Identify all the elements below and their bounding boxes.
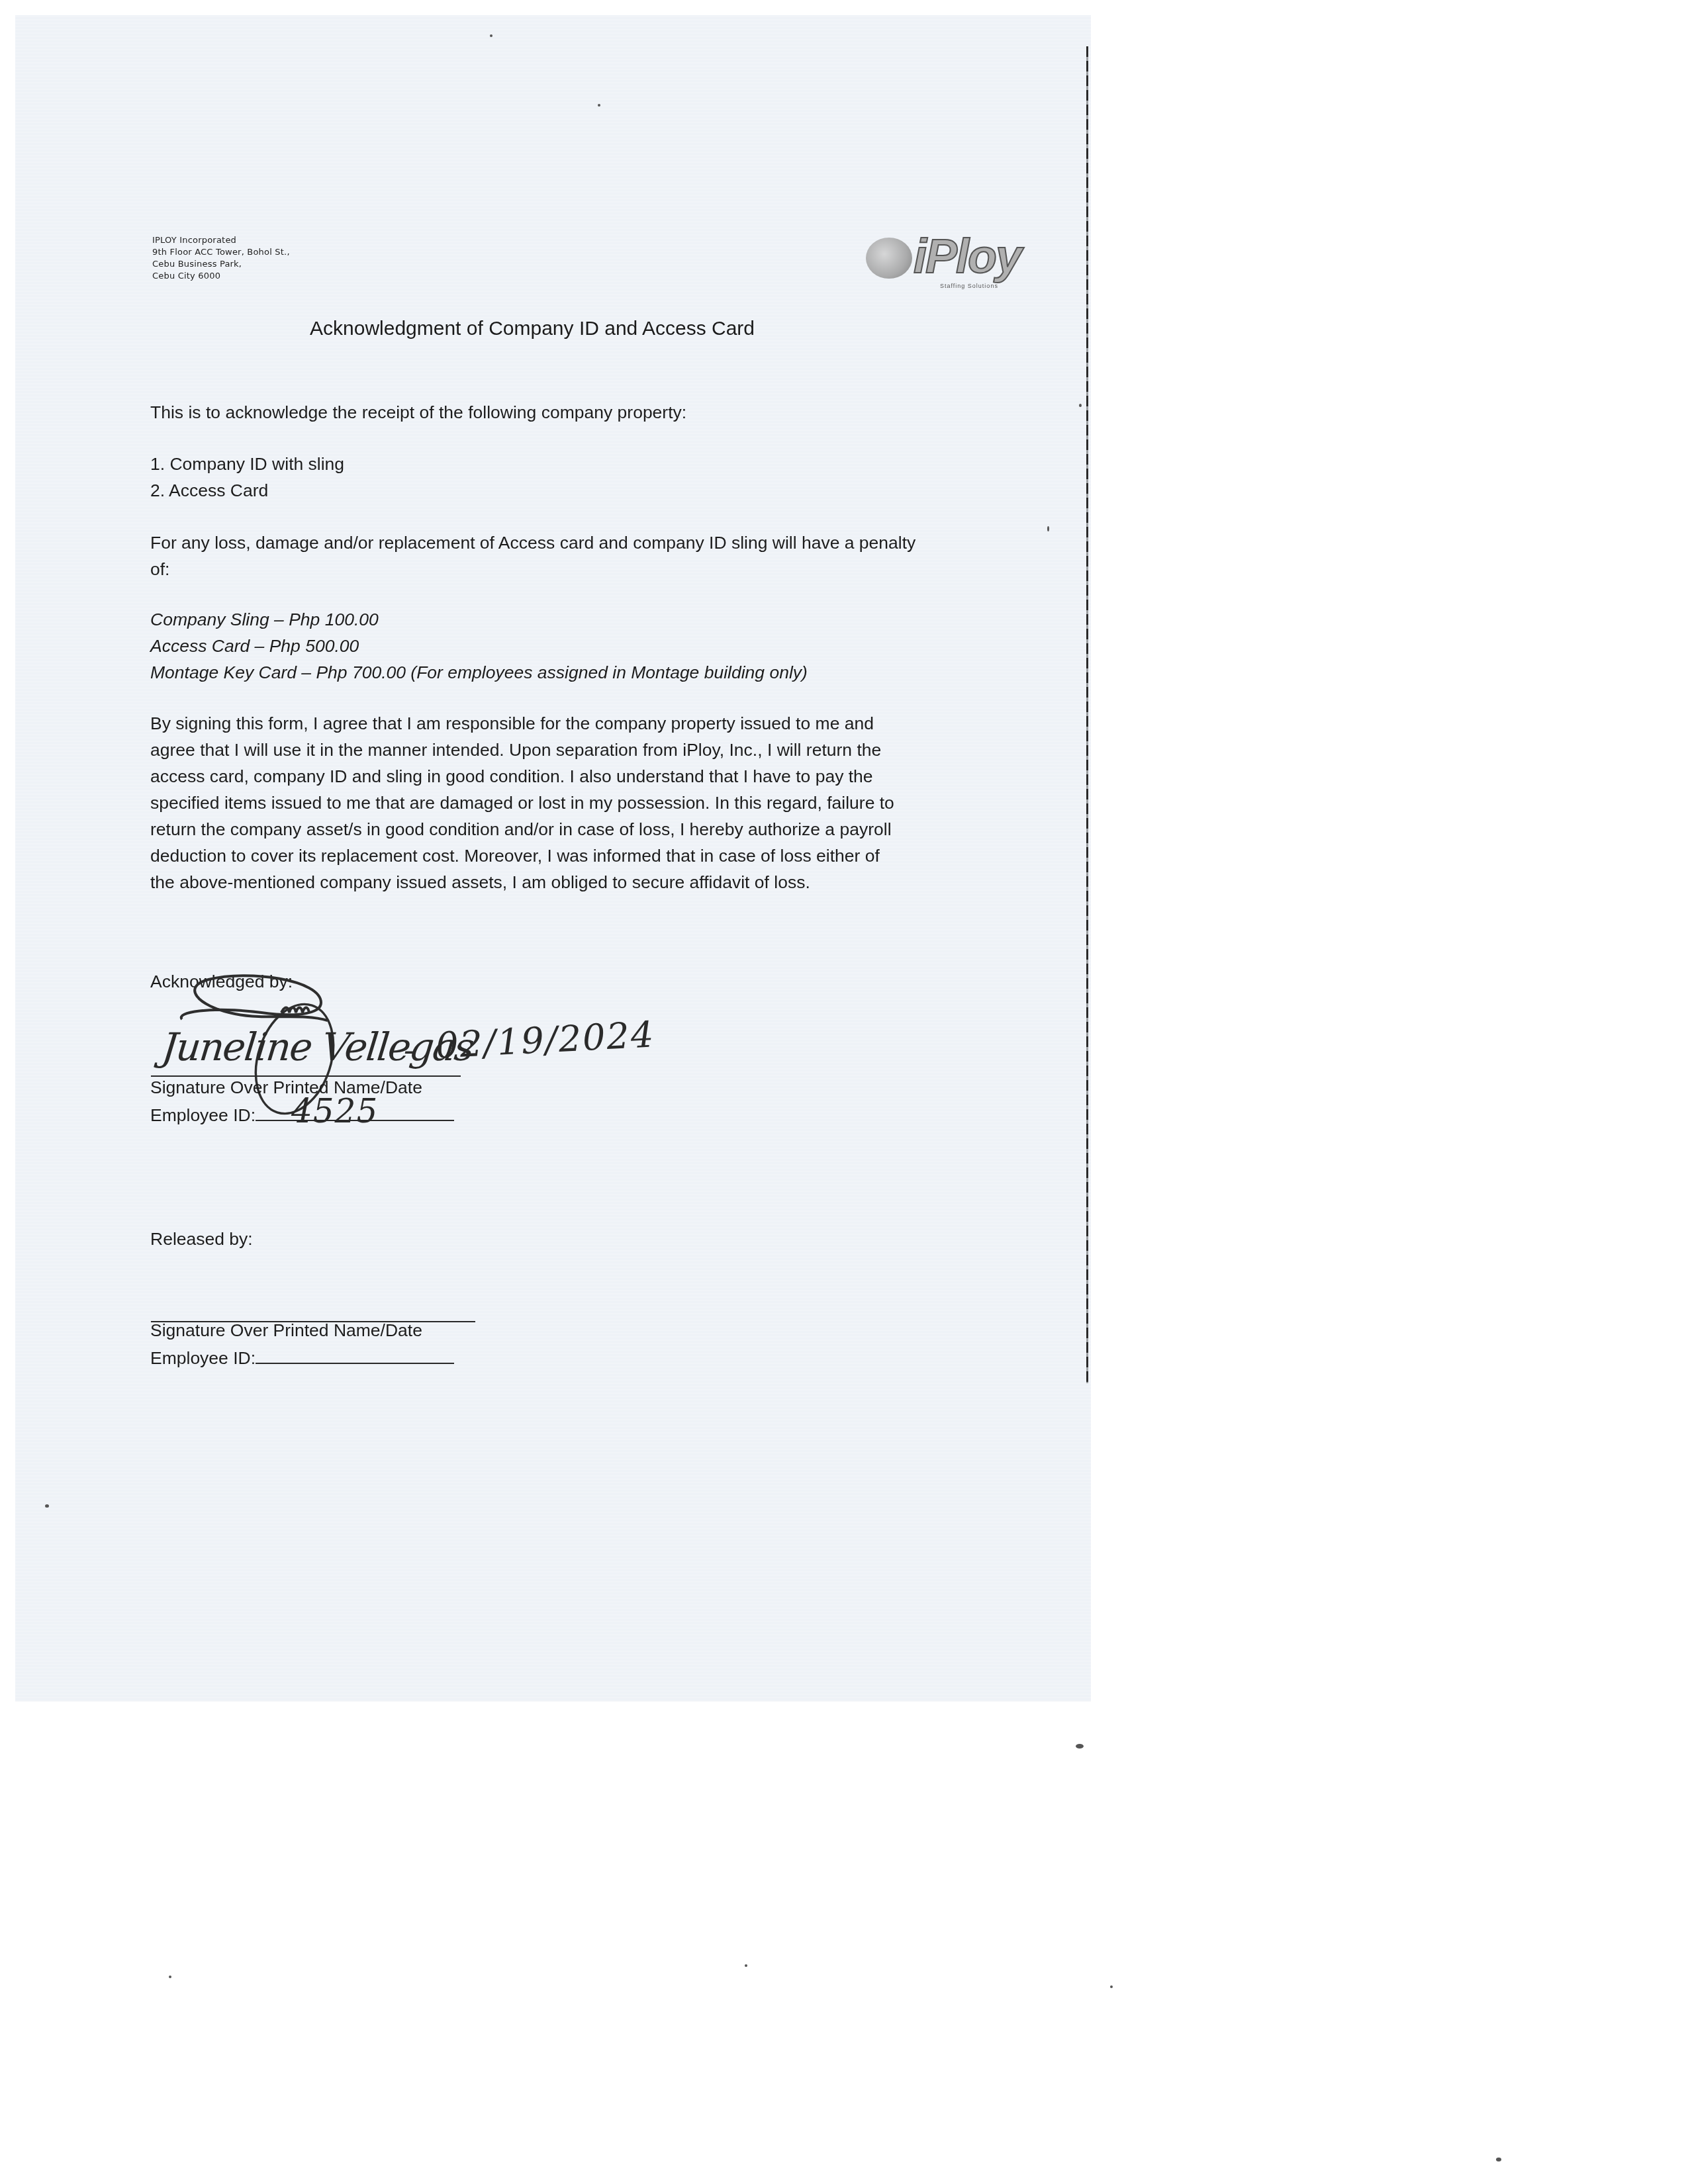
- agreement-line: access card, company ID and sling in goo…: [150, 763, 894, 790]
- penalty-item: Access Card – Php 500.00: [150, 633, 808, 659]
- employee-id-label: Employee ID:: [150, 1105, 256, 1125]
- address-line: 9th Floor ACC Tower, Bohol St.,: [152, 247, 290, 259]
- iploy-logo: iPloy Staffing Solutions: [861, 228, 1039, 295]
- employee-id-label: Employee ID:: [150, 1348, 256, 1368]
- agreement-paragraph: By signing this form, I agree that I am …: [150, 710, 894, 895]
- logo-wordmark: iPloy: [914, 230, 1021, 284]
- address-line: Cebu City 6000: [152, 271, 290, 283]
- globe-icon: [866, 238, 912, 279]
- agreement-line: By signing this form, I agree that I am …: [150, 710, 894, 737]
- scan-speck: [1079, 404, 1082, 407]
- penalty-intro-line: For any loss, damage and/or replacement …: [150, 529, 915, 556]
- released-by-label: Released by:: [150, 1229, 253, 1250]
- intro-paragraph: This is to acknowledge the receipt of th…: [150, 399, 686, 426]
- scan-speck: [1076, 1744, 1084, 1749]
- scan-edge-line: [1086, 46, 1088, 1383]
- scan-speck: [169, 1976, 171, 1978]
- employee-id-line: [256, 1347, 454, 1364]
- released-employee-id: Employee ID:: [150, 1347, 454, 1369]
- penalty-item: Montage Key Card – Php 700.00 (For emplo…: [150, 659, 808, 686]
- scan-speck: [1047, 526, 1049, 531]
- handwritten-employee-id: 4525: [291, 1092, 378, 1130]
- penalty-item: Company Sling – Php 100.00: [150, 606, 808, 633]
- agreement-line: specified items issued to me that are da…: [150, 790, 894, 816]
- released-signature-caption: Signature Over Printed Name/Date: [150, 1320, 422, 1341]
- company-name: IPLOY Incorporated: [152, 235, 290, 247]
- agreement-line: agree that I will use it in the manner i…: [150, 737, 894, 763]
- agreement-line: deduction to cover its replacement cost.…: [150, 842, 894, 869]
- scan-speck: [45, 1504, 49, 1508]
- penalty-intro: For any loss, damage and/or replacement …: [150, 529, 915, 582]
- acknowledged-signature-line: [151, 1075, 461, 1077]
- scan-speck: [1110, 1985, 1113, 1988]
- scan-speck: [598, 104, 600, 107]
- company-address: IPLOY Incorporated 9th Floor ACC Tower, …: [152, 235, 290, 283]
- handwritten-dash: -: [404, 1032, 414, 1068]
- scan-speck: [745, 1964, 747, 1967]
- scan-speck: [490, 34, 492, 37]
- acknowledged-signature-caption: Signature Over Printed Name/Date: [150, 1077, 422, 1098]
- handwritten-name: Juneline Vellegas: [160, 1024, 475, 1069]
- property-item: 1. Company ID with sling: [150, 451, 344, 477]
- penalty-list: Company Sling – Php 100.00 Access Card –…: [150, 606, 808, 686]
- agreement-line: return the company asset/s in good condi…: [150, 816, 894, 842]
- document-title: Acknowledgment of Company ID and Access …: [310, 318, 755, 340]
- property-list: 1. Company ID with sling 2. Access Card: [150, 451, 344, 504]
- agreement-line: the above-mentioned company issued asset…: [150, 869, 894, 895]
- scan-speck: [1496, 2158, 1501, 2161]
- address-line: Cebu Business Park,: [152, 259, 290, 271]
- property-item: 2. Access Card: [150, 477, 344, 504]
- logo-tagline: Staffing Solutions: [940, 283, 998, 289]
- penalty-intro-line: of:: [150, 556, 915, 582]
